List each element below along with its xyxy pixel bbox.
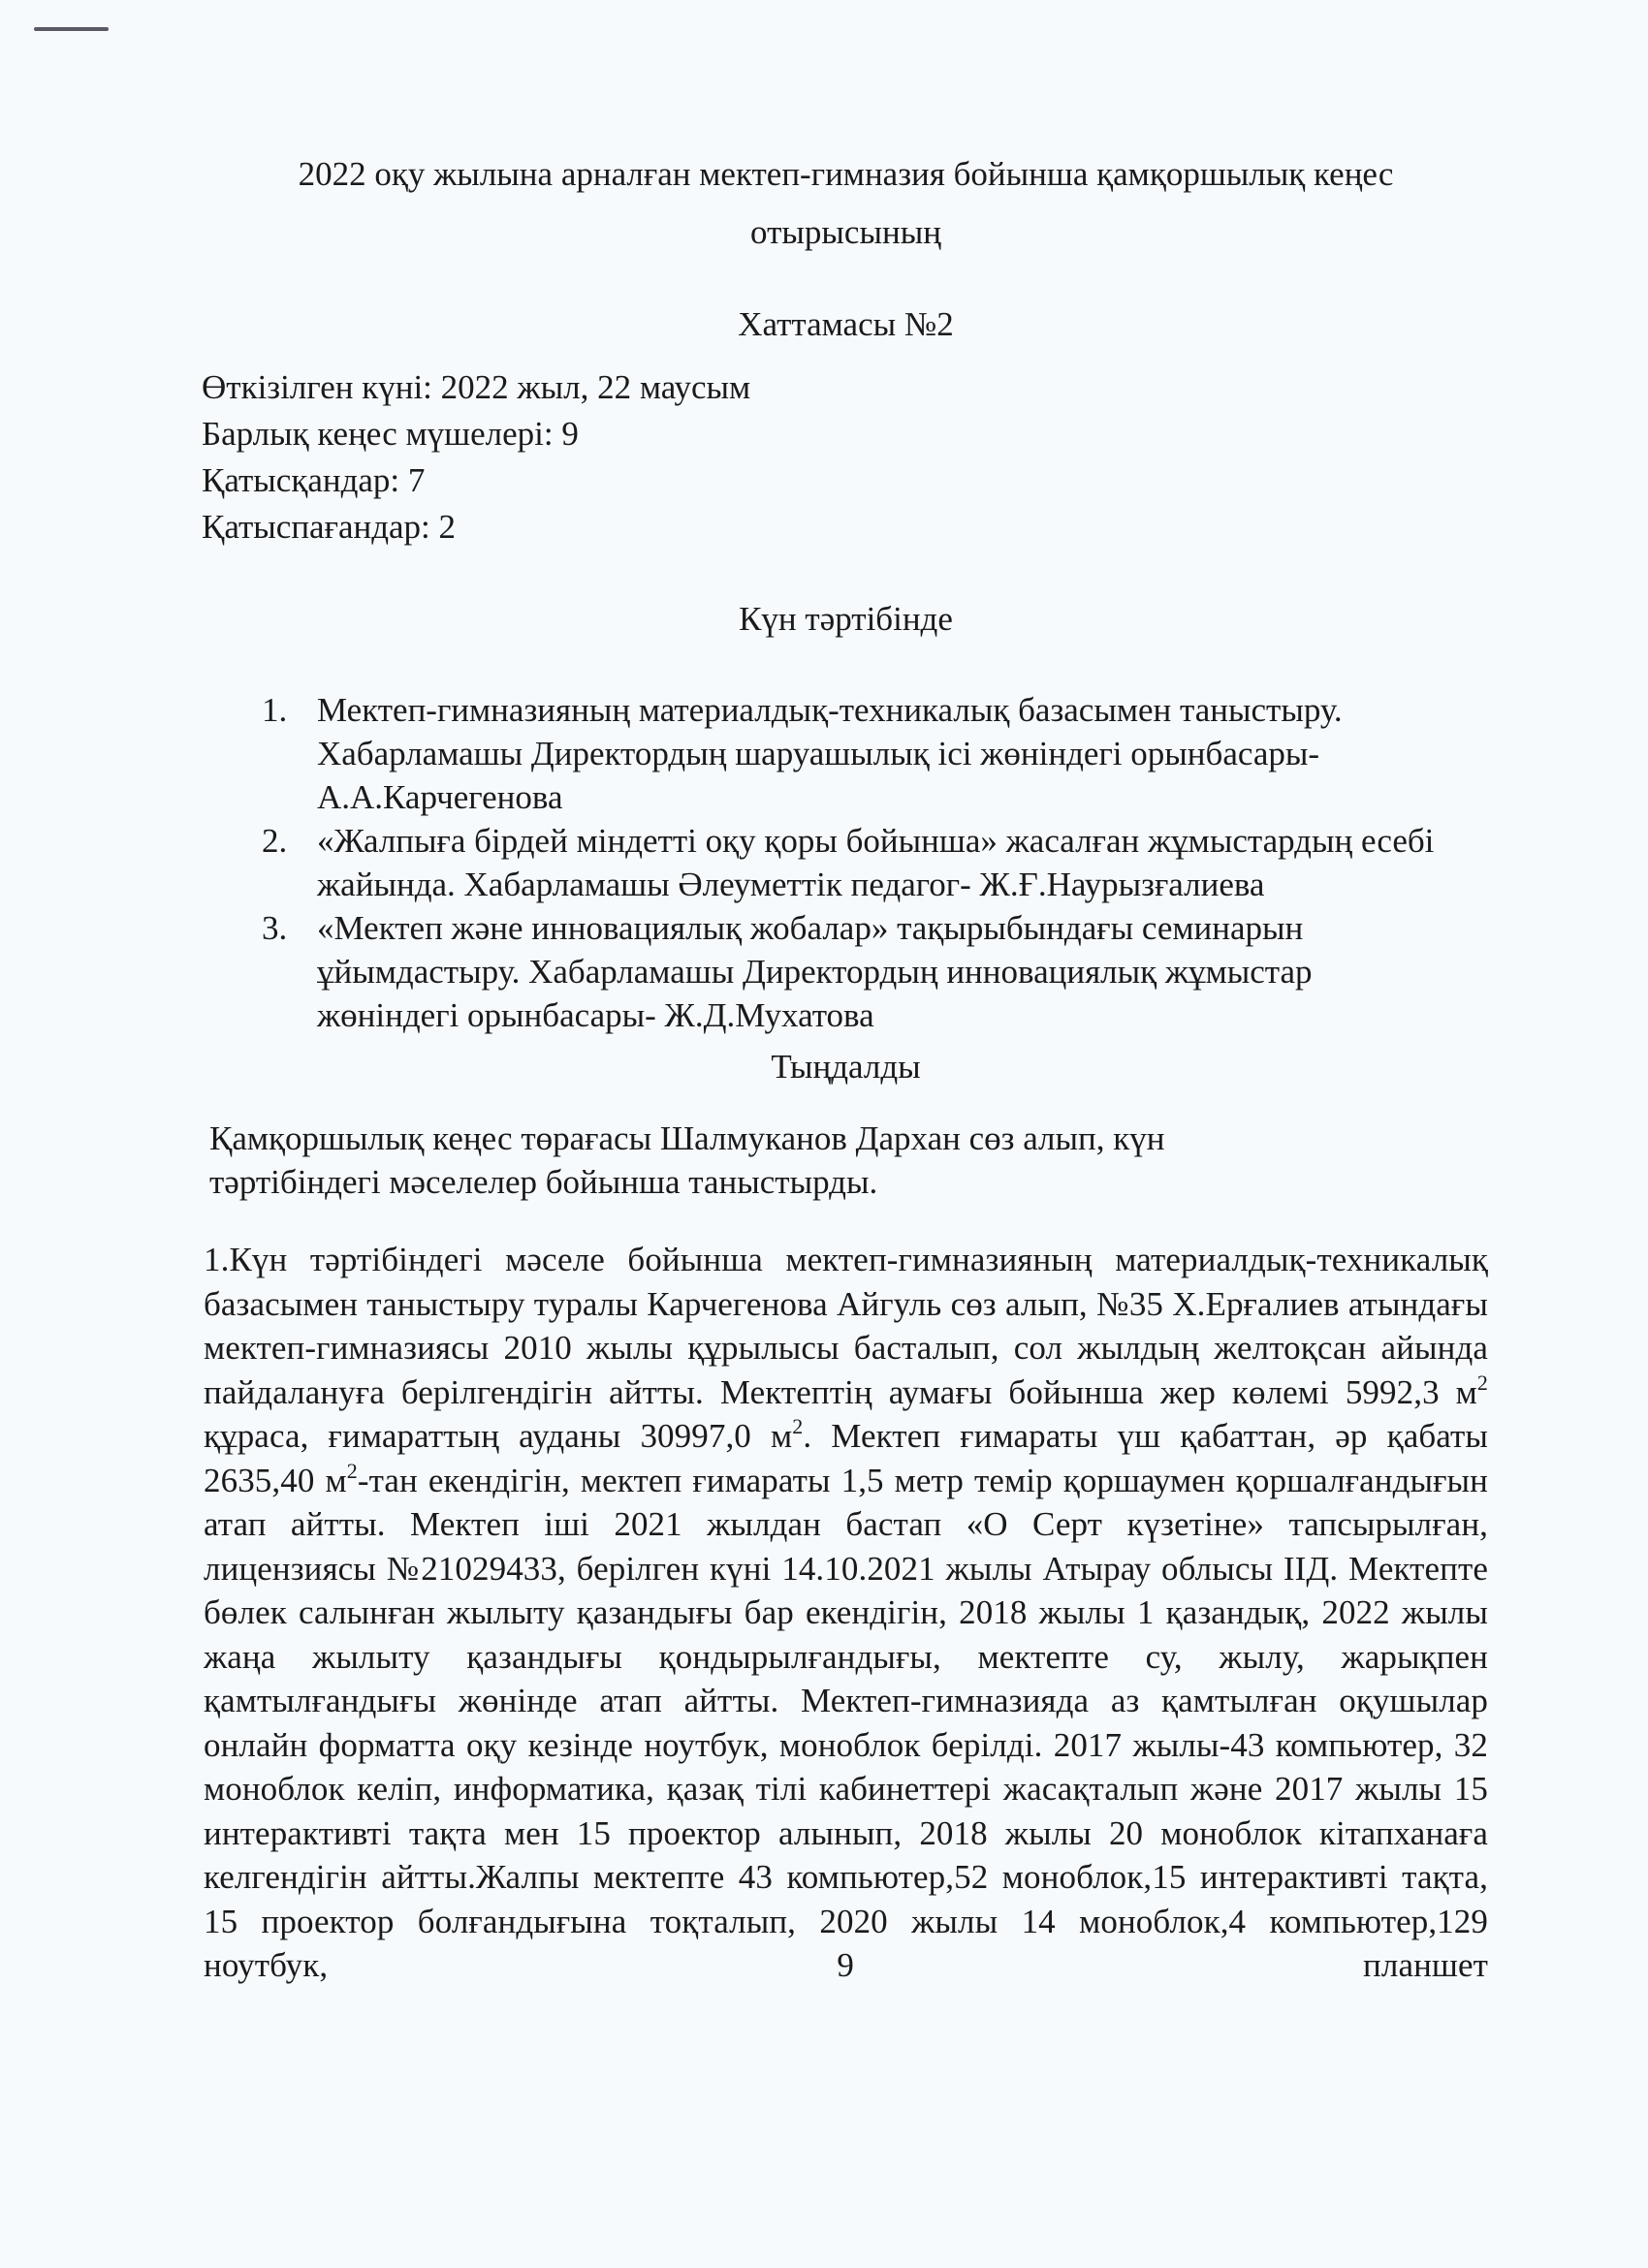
agenda-item: 1. Мектеп-гимназияның материалдық-техник…: [204, 688, 1488, 819]
meta-total-members-value: 9: [561, 415, 579, 453]
body-paragraph: 1.Күн тәртібіндегі мәселе бойынша мектеп…: [204, 1238, 1488, 1988]
superscript-squared: 2: [1477, 1370, 1488, 1395]
agenda-item-text: «Мектеп және инновациялық жобалар» тақыр…: [317, 906, 1488, 1037]
agenda-item: 3. «Мектеп және инновациялық жобалар» та…: [204, 906, 1488, 1037]
meta-date: Өткізілген күні: 2022 жыл, 22 маусым: [202, 364, 1488, 411]
meta-date-label: Өткізілген күні:: [202, 368, 432, 406]
meta-absent-label: Қатыспағандар:: [202, 508, 430, 546]
meta-present-label: Қатысқандар:: [202, 461, 399, 499]
meta-absent: Қатыспағандар: 2: [202, 504, 1488, 551]
agenda-heading: Күн тәртібінде: [204, 597, 1488, 642]
meta-present-value: 7: [408, 461, 426, 499]
body-text-part: құраса, ғимараттың ауданы 30997,0 м: [204, 1417, 792, 1455]
heard-heading: Тыңдалды: [204, 1045, 1488, 1089]
agenda-item-text: Мектеп-гимназияның материалдық-техникалы…: [317, 688, 1488, 819]
document-page: 2022 оқу жылына арналған мектеп-гимназия…: [204, 145, 1488, 2022]
agenda-item-number: 1.: [204, 688, 317, 819]
meta-absent-value: 2: [439, 508, 457, 546]
agenda-item-number: 3.: [204, 906, 317, 1037]
document-title: 2022 оқу жылына арналған мектеп-гимназия…: [204, 145, 1488, 262]
intro-paragraph: Қамқоршылық кеңес төрағасы Шалмуканов Да…: [204, 1117, 1237, 1204]
body-text-part: 1.Күн тәртібіндегі мәселе бойынша мектеп…: [204, 1241, 1488, 1411]
body-text-part: -тан екендігін, мектеп ғимараты 1,5 метр…: [204, 1462, 1488, 1985]
meta-total-members: Барлық кеңес мүшелері: 9: [202, 411, 1488, 457]
meta-total-members-label: Барлық кеңес мүшелері:: [202, 415, 554, 453]
meta-present: Қатысқандар: 7: [202, 457, 1488, 504]
superscript-squared: 2: [792, 1414, 803, 1438]
agenda-list: 1. Мектеп-гимназияның материалдық-техник…: [204, 688, 1488, 1037]
superscript-squared: 2: [347, 1459, 358, 1483]
scan-artifact-mark: [34, 27, 109, 31]
agenda-item-text: «Жалпыға бірдей міндетті оқу қоры бойынш…: [317, 819, 1488, 906]
meta-date-value: 2022 жыл, 22 маусым: [441, 368, 751, 406]
meeting-meta: Өткізілген күні: 2022 жыл, 22 маусым Бар…: [204, 364, 1488, 551]
agenda-item-number: 2.: [204, 819, 317, 906]
agenda-item: 2. «Жалпыға бірдей міндетті оқу қоры бой…: [204, 819, 1488, 906]
protocol-number: Хаттамасы №2: [204, 302, 1488, 347]
